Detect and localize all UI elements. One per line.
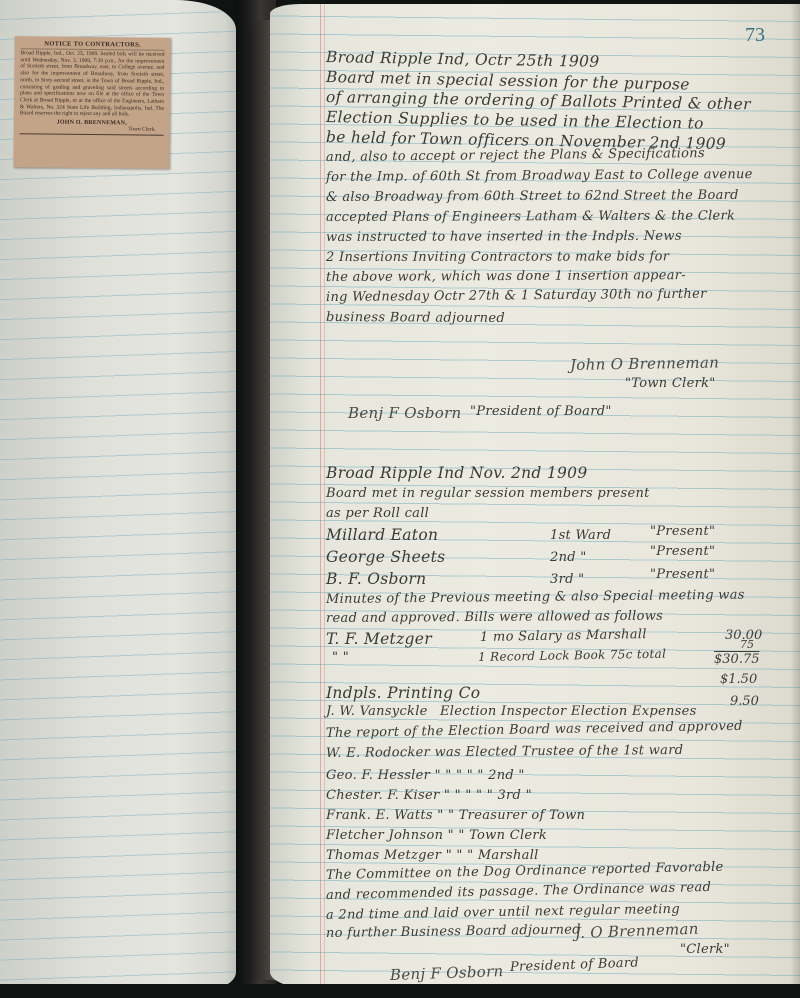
margin-line [324, 4, 325, 988]
entry1-line: the above work, which was done 1 inserti… [326, 268, 686, 285]
bill-payee: T. F. Metzger [326, 630, 432, 648]
report-line: W. E. Rodocker was Elected Trustee of th… [326, 743, 683, 761]
roll-call-name: B. F. Osborn [326, 570, 426, 588]
report-line: Frank. E. Watts " " Treasurer of Town [326, 808, 585, 823]
bill-desc: Election Inspector Election Expenses [440, 704, 697, 719]
newspaper-clipping: NOTICE TO CONTRACTORS. Broad Ripple, Ind… [13, 36, 170, 169]
roll-call-ward: 3rd " [550, 572, 584, 587]
clipping-body: Broad Ripple, Ind., Oct. 25, 1909. Seale… [20, 50, 165, 119]
bill-payee: Indpls. Printing Co [326, 684, 480, 702]
roll-call-status: "Present" [650, 567, 715, 582]
entry1-line: business Board adjourned [326, 310, 505, 326]
left-page: NOTICE TO CONTRACTORS. Broad Ripple, Ind… [0, 0, 236, 992]
clerk-title: "Town Clerk" [625, 376, 716, 391]
report-line: Thomas Metzger " " " Marshall [326, 848, 539, 863]
entry1-line: 2 Insertions Inviting Contractors to mak… [326, 249, 669, 265]
bill-payee: " " [332, 650, 349, 665]
bill-amount: 9.50 [730, 694, 759, 709]
clerk-signature: John O Brenneman [570, 353, 719, 374]
entry1-line: was instructed to have inserted in the I… [326, 229, 682, 245]
bill-desc: 1 mo Salary as Marshall [480, 627, 647, 645]
page-edge [790, 4, 800, 988]
clipping-role: Town Clerk. [20, 125, 164, 133]
roll-call-status: "Present" [650, 524, 715, 539]
entry1-line: for the Imp. of 60th St from Broadway Ea… [326, 167, 753, 185]
roll-call-name: George Sheets [326, 548, 445, 566]
president-title: "President of Board" [470, 404, 612, 419]
clipping-title: NOTICE TO CONTRACTORS. [21, 40, 165, 51]
clipping-rule [20, 133, 164, 136]
president-signature: Benj F Osborn [348, 404, 462, 422]
bill-payee: J. W. Vansyckle [326, 704, 428, 719]
clerk-title: "Clerk" [680, 942, 730, 957]
background-edge [0, 984, 800, 998]
page-number: 73 [745, 24, 765, 47]
right-page: 73 Broad Ripple Ind, Octr 25th 1909 Boar… [270, 4, 800, 988]
minutes-line: read and approved. Bills were allowed as… [326, 609, 663, 626]
bill-note: 75 [740, 638, 754, 651]
entry1-line: accepted Plans of Engineers Latham & Wal… [326, 209, 735, 225]
entry2-heading: Broad Ripple Ind Nov. 2nd 1909 [326, 464, 588, 482]
roll-call-status: "Present" [650, 544, 715, 559]
margin-line [320, 4, 321, 988]
roll-call-name: Millard Eaton [326, 526, 438, 544]
entry2-intro-line: as per Roll call [326, 506, 429, 521]
entry1-line: & also Broadway from 60th Street to 62nd… [326, 188, 739, 205]
report-line: Chester. F. Kiser " " " " " 3rd " [326, 788, 532, 803]
entry2-intro-line: Board met in regular session members pre… [326, 486, 650, 501]
roll-call-ward: 1st Ward [550, 528, 611, 543]
bill-amount: $1.50 [720, 672, 757, 687]
bill-amount: $30.75 [714, 652, 760, 667]
report-line: Fletcher Johnson " " Town Clerk [326, 828, 547, 843]
roll-call-ward: 2nd " [550, 550, 587, 565]
report-line: Geo. F. Hessler " " " " " 2nd " [326, 768, 525, 783]
